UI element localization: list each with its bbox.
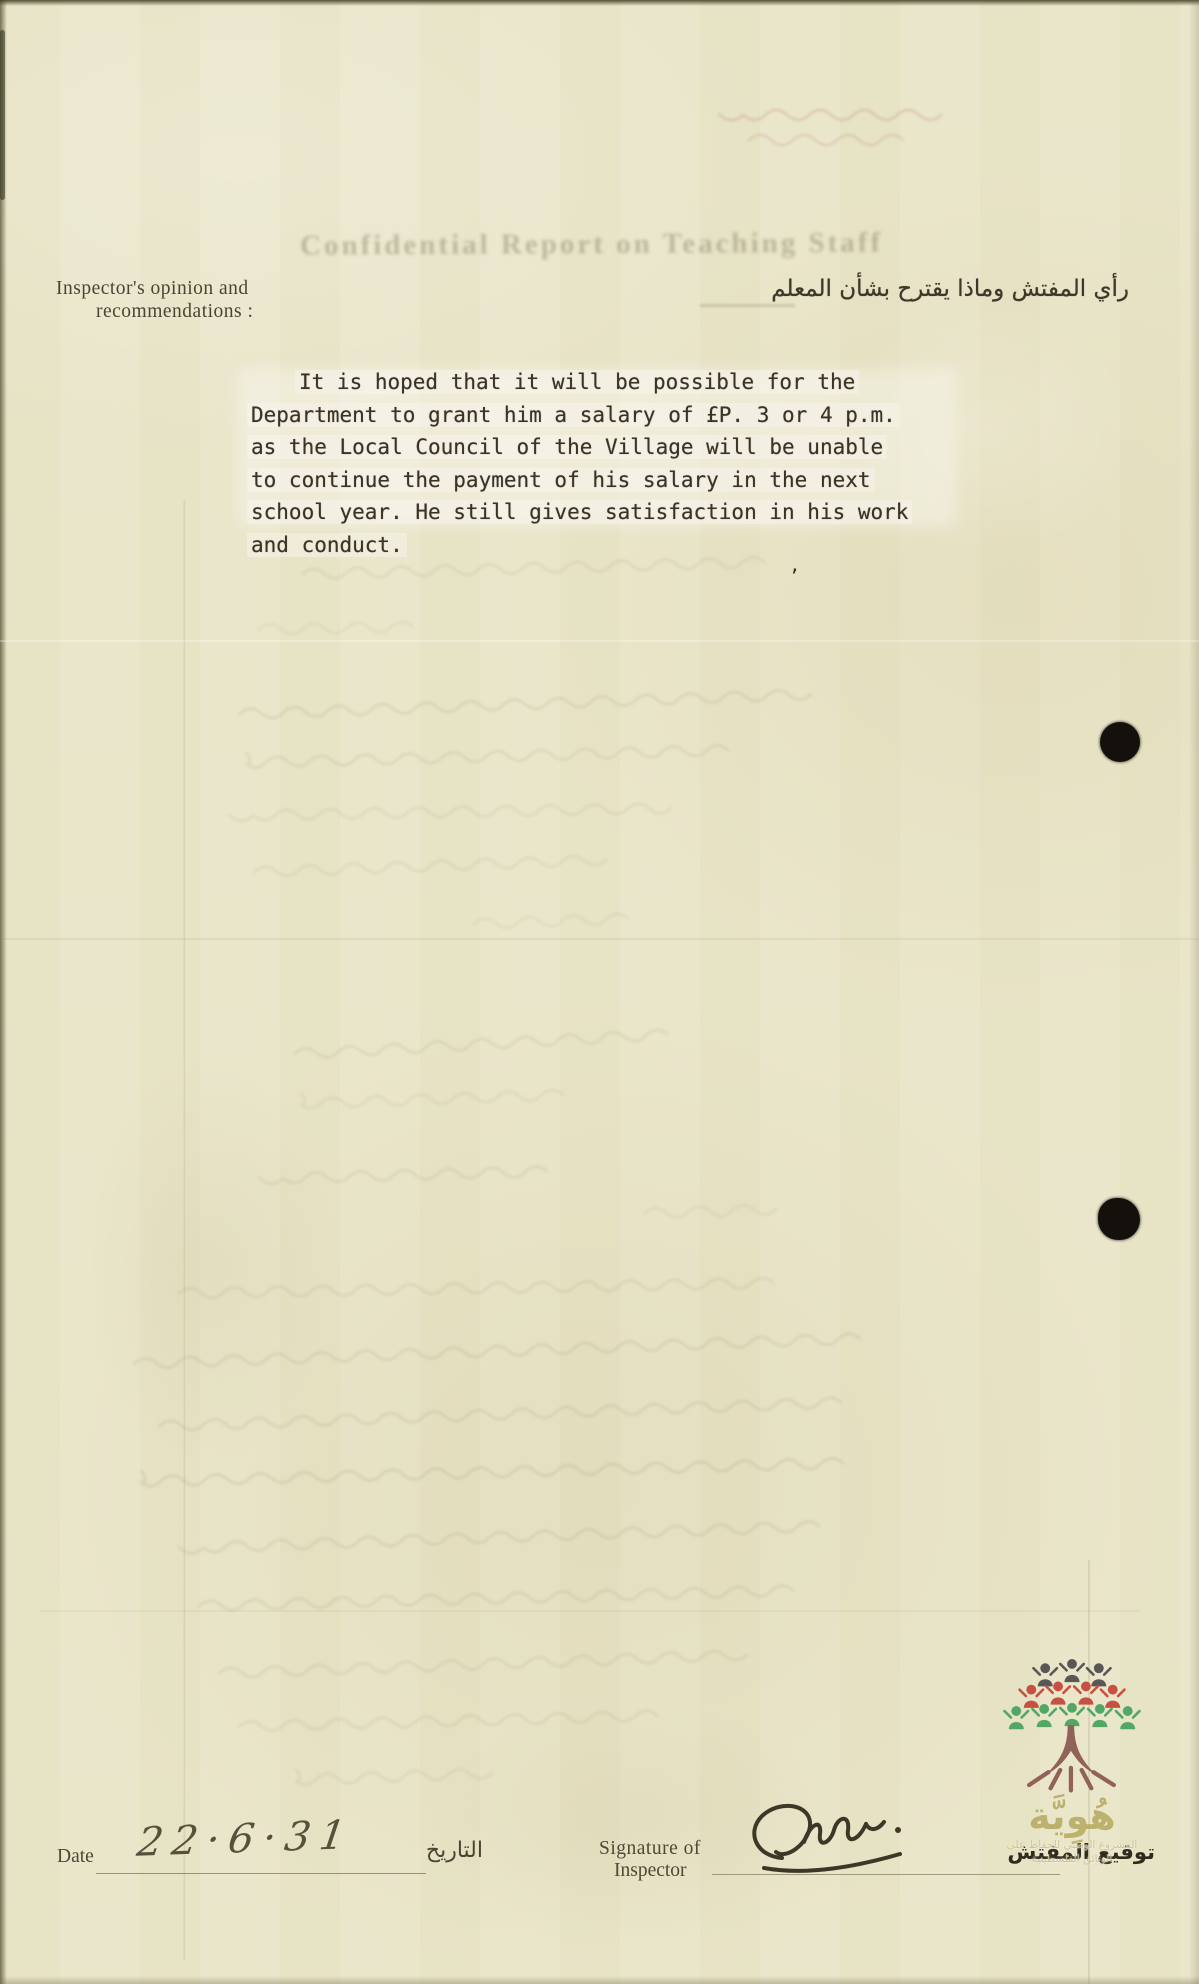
typed-report-line: Department to grant him a salary of £P. … <box>247 399 947 432</box>
bleedthrough-handwriting-line <box>175 1508 836 1561</box>
typed-report-paragraph: It is hoped that it will be possible for… <box>247 366 947 561</box>
horizontal-crease <box>0 938 1199 940</box>
date-rule-line <box>96 1873 426 1874</box>
horizontal-crease <box>0 640 1199 642</box>
scan-edge-left <box>0 0 7 1984</box>
stray-ink-mark: ’ <box>791 566 798 591</box>
scan-edge-top <box>0 0 1199 6</box>
bleedthrough-handwriting-line <box>255 610 435 643</box>
tree-trunk <box>1029 1725 1114 1790</box>
date-label: Date <box>57 1846 94 1868</box>
typed-report-line: It is hoped that it will be possible for… <box>247 366 947 399</box>
typed-report-line: school year. He still gives satisfaction… <box>247 496 947 529</box>
signature-label: Inspector <box>614 1860 687 1882</box>
bleedthrough-rule <box>700 304 795 307</box>
bleedthrough-handwriting-line <box>745 124 925 154</box>
scan-edge-blemish <box>0 30 5 200</box>
huwiyya-tree-logo <box>997 1650 1147 1800</box>
bleedthrough-handwriting-line <box>245 735 766 779</box>
bleedthrough-handwriting-line <box>289 1018 680 1068</box>
bleedthrough-heading: Confidential Report on Teaching Staff <box>300 226 940 262</box>
bleedthrough-handwriting-line <box>235 678 826 729</box>
scan-edge-right <box>1189 0 1199 1984</box>
punch-hole <box>1100 722 1140 762</box>
bleedthrough-handwriting-line <box>195 1574 816 1620</box>
handwritten-date: 22·6·31 <box>134 1812 357 1865</box>
watermark-brand-text: هُوِيَّة <box>982 1794 1162 1838</box>
bleedthrough-handwriting-line <box>640 1192 801 1228</box>
typed-report-line: to continue the payment of his salary in… <box>247 464 947 497</box>
archive-watermark: هُوِيَّة المشروع الوطني للحفاظ على الوثا… <box>982 1650 1162 1866</box>
bleedthrough-handwriting-line <box>255 1154 556 1192</box>
bleedthrough-handwriting-line <box>225 791 675 829</box>
scanned-document-page: Confidential Report on Teaching Staff In… <box>0 0 1199 1984</box>
bleedthrough-handwriting-line <box>300 1080 581 1120</box>
scan-edge-bottom <box>0 1976 1199 1984</box>
typed-report-line: as the Local Council of the Village will… <box>247 431 947 464</box>
inspector-opinion-label-arabic: رأي المفتش وماذا يقترح بشأن المعلم <box>709 276 1129 302</box>
signature-label: Signature of <box>599 1838 701 1860</box>
bleedthrough-handwriting-line <box>470 902 651 938</box>
watermark-tagline: الوثائق الفلسطينية <box>982 1852 1162 1866</box>
watermark-tagline: المشروع الوطني للحفاظ على <box>982 1838 1162 1852</box>
punch-hole <box>1098 1198 1140 1240</box>
inspector-signature <box>738 1796 938 1886</box>
inspector-opinion-label: Inspector's opinion and <box>56 278 249 300</box>
bleedthrough-handwriting-line <box>250 844 611 887</box>
date-label-arabic: التاريخ <box>426 1838 483 1863</box>
tree-people-dark <box>1033 1659 1110 1686</box>
bleedthrough-handwriting-line <box>215 1639 756 1688</box>
inspector-opinion-label: recommendations : <box>96 301 253 323</box>
